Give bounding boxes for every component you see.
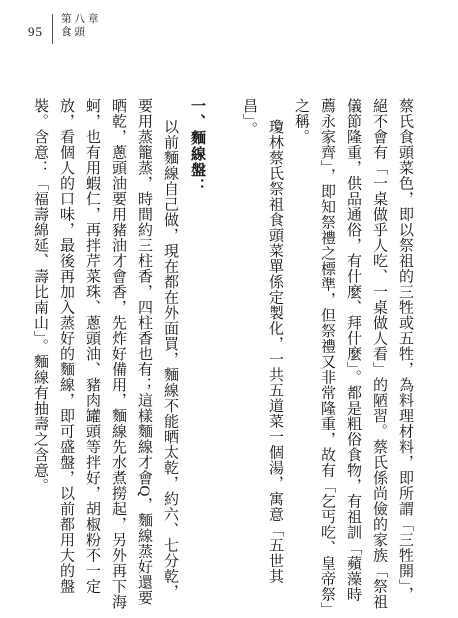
paragraph-intro: 蔡氏食頭菜色，即以祭祖的三牲或五牲，為料理材料，即所謂「三牲開」，絕不會有「一桌…	[288, 98, 418, 612]
page-body: 蔡氏食頭菜色，即以祭祖的三牲或五牲，為料理材料，即所謂「三牲開」，絕不會有「一桌…	[0, 98, 418, 612]
section-heading-noodle-plate: 一、麵線盤：	[183, 98, 236, 612]
page-header: 95 第八章 食頭	[28, 13, 102, 44]
section-heading-steamed-fish: 二、蒸魚：	[0, 98, 27, 612]
paragraph-menu-note: 瓊林蔡氏祭祖食頭菜單係定製化，一共五道菜一個湯，寓意「五世其昌」。	[236, 98, 288, 612]
page-number: 95	[28, 25, 43, 38]
header-titles: 第八章 食頭	[61, 13, 102, 39]
paragraph-noodle-plate: 以前麵線自己做，現在都在外面買，麵線不能晒太乾，約六、七分乾，要用蒸籠蒸，時間約…	[27, 98, 183, 612]
header-divider	[52, 14, 53, 44]
chapter-title: 第八章	[61, 13, 102, 26]
book-page: 95 第八章 食頭 蔡氏食頭菜色，即以祭祖的三牲或五牲，為料理材料，即所謂「三牲…	[0, 0, 458, 618]
section-title: 食頭	[61, 26, 102, 39]
